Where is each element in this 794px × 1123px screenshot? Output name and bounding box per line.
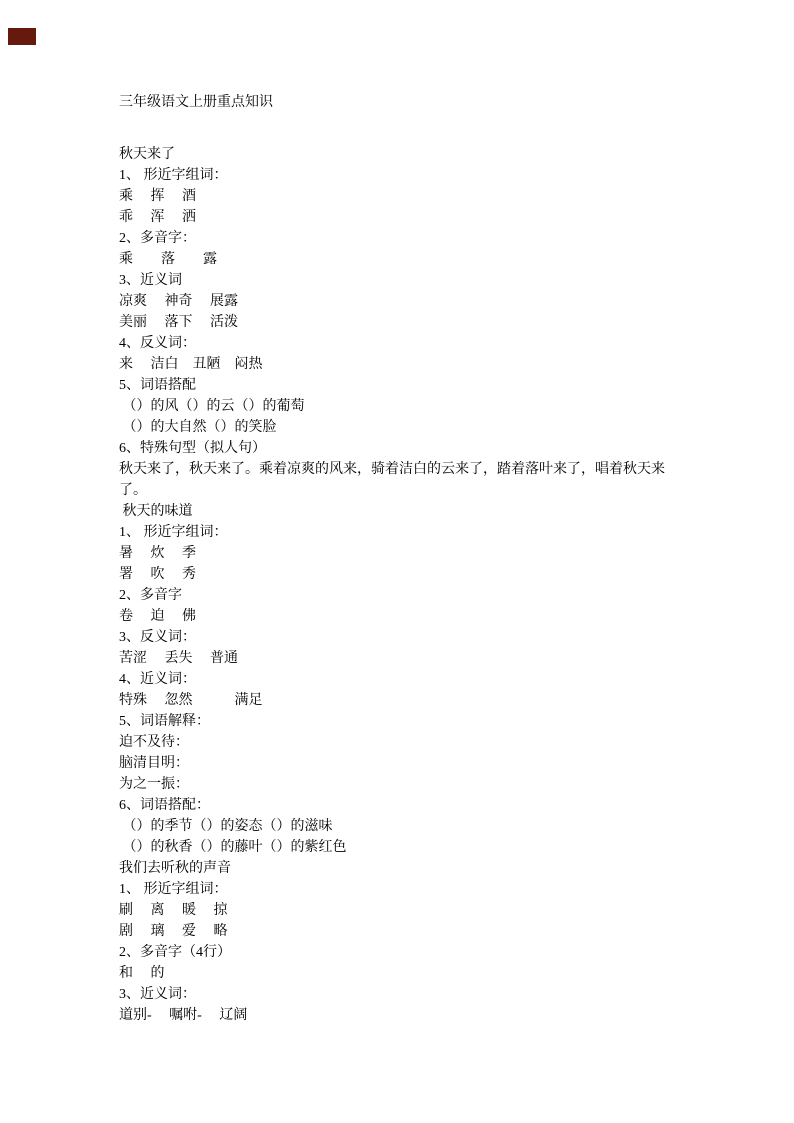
text-line: 乘 挥 酒 bbox=[119, 186, 719, 207]
text-line: 6、特殊句型（拟人句） bbox=[119, 438, 719, 459]
text-line: 3、近义词： bbox=[119, 984, 719, 1005]
text-line: 6、词语搭配： bbox=[119, 795, 719, 816]
text-line: 5、词语解释： bbox=[119, 711, 719, 732]
text-line: 道别- 嘱咐- 辽阔 bbox=[119, 1005, 719, 1026]
text-line: 2、多音字（4行） bbox=[119, 942, 719, 963]
text-line: 暑 炊 季 bbox=[119, 543, 719, 564]
text-line: 和 的 bbox=[119, 963, 719, 984]
text-line: （）的季节（）的姿态（）的滋味 bbox=[119, 816, 719, 837]
text-line: 1、 形近字组词： bbox=[119, 522, 719, 543]
text-line: 剧 璃 爱 略 bbox=[119, 921, 719, 942]
text-line: 乘 落 露 bbox=[119, 249, 719, 270]
text-line: 秋天的味道 bbox=[119, 501, 719, 522]
text-line: 凉爽 神奇 展露 bbox=[119, 291, 719, 312]
text-line: 脑清目明： bbox=[119, 753, 719, 774]
text-line: 2、多音字 bbox=[119, 585, 719, 606]
text-line: 秋天来了 bbox=[119, 144, 719, 165]
text-line: 5、词语搭配 bbox=[119, 375, 719, 396]
corner-mark bbox=[8, 28, 36, 45]
text-line: 3、近义词 bbox=[119, 270, 719, 291]
text-line: （）的秋香（）的藤叶（）的紫红色 bbox=[119, 837, 719, 858]
text-line: 2、多音字： bbox=[119, 228, 719, 249]
text-line: 卷 迫 佛 bbox=[119, 606, 719, 627]
text-line: 了。 bbox=[119, 480, 719, 501]
text-line: （）的风（）的云（）的葡萄 bbox=[119, 396, 719, 417]
document-page: 三年级语文上册重点知识 秋天来了 1、 形近字组词： 乘 挥 酒 乖 浑 洒 2… bbox=[0, 0, 794, 1123]
document-content: 三年级语文上册重点知识 秋天来了 1、 形近字组词： 乘 挥 酒 乖 浑 洒 2… bbox=[119, 92, 719, 1026]
text-line: 署 吹 秀 bbox=[119, 564, 719, 585]
text-line: 4、反义词： bbox=[119, 333, 719, 354]
document-lines: 秋天来了 1、 形近字组词： 乘 挥 酒 乖 浑 洒 2、多音字： 乘 落 露 … bbox=[119, 144, 719, 1026]
text-line: 乖 浑 洒 bbox=[119, 207, 719, 228]
text-line: 特殊 忽然 满足 bbox=[119, 690, 719, 711]
text-line: 迫不及待： bbox=[119, 732, 719, 753]
text-line: （）的大自然（）的笑脸 bbox=[119, 417, 719, 438]
text-line: 苦涩 丢失 普通 bbox=[119, 648, 719, 669]
text-line: 来 洁白 丑陋 闷热 bbox=[119, 354, 719, 375]
text-line: 1、 形近字组词： bbox=[119, 879, 719, 900]
text-line: 1、 形近字组词： bbox=[119, 165, 719, 186]
text-line: 秋天来了，秋天来了。乘着凉爽的风来，骑着洁白的云来了，踏着落叶来了，唱着秋天来 bbox=[119, 459, 719, 480]
text-line: 4、近义词： bbox=[119, 669, 719, 690]
text-line: 刷 离 暖 掠 bbox=[119, 900, 719, 921]
text-line: 为之一振： bbox=[119, 774, 719, 795]
text-line: 我们去听秋的声音 bbox=[119, 858, 719, 879]
document-title: 三年级语文上册重点知识 bbox=[119, 92, 719, 113]
text-line: 3、反义词： bbox=[119, 627, 719, 648]
text-line: 美丽 落下 活泼 bbox=[119, 312, 719, 333]
